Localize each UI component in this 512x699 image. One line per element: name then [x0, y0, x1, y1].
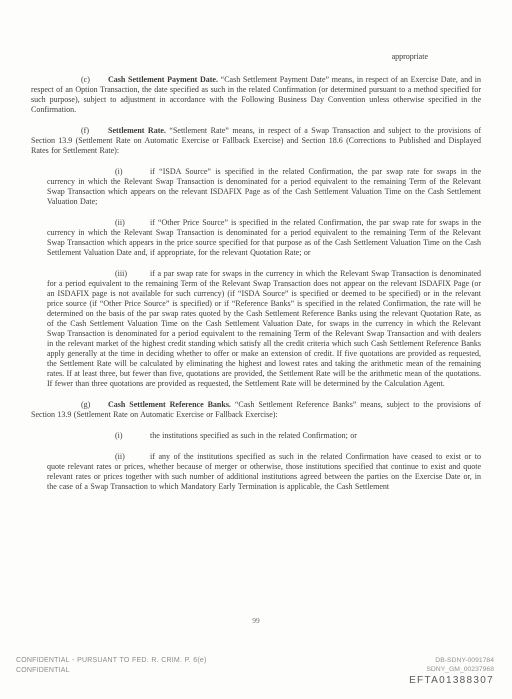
clause-g-i-text: the institutions specified as such in th… [150, 431, 357, 440]
footer-bates-block: DB-SDNY-0091784 SDNY_GM_00237968 EFTA013… [409, 656, 494, 686]
footer-confidential-line-1: CONFIDENTIAL - PURSUANT TO FED. R. CRIM.… [16, 656, 207, 666]
clause-g-i-label: (i) [115, 431, 150, 441]
clause-g-i: (i)the institutions specified as such in… [47, 431, 481, 441]
clause-f-title: Settlement Rate. [108, 126, 166, 135]
page-number: 99 [0, 616, 512, 626]
clause-g-title: Cash Settlement Reference Banks. [108, 400, 231, 409]
clause-f-iii: (iii)if a par swap rate for swaps in the… [47, 269, 481, 389]
clause-f: (f)Settlement Rate. “Settlement Rate” me… [31, 126, 481, 156]
clause-f-ii: (ii)if “Other Price Source” is specified… [47, 218, 481, 258]
clause-g-label: (g) [81, 400, 108, 410]
clause-g: (g)Cash Settlement Reference Banks. “Cas… [31, 400, 481, 420]
clause-c: (c)Cash Settlement Payment Date. “Cash S… [31, 75, 481, 115]
bates-stamp: EFTA01388307 [409, 675, 494, 686]
clause-f-iii-label: (iii) [115, 269, 150, 279]
bates-number-1: DB-SDNY-0091784 [409, 656, 494, 665]
clause-g-ii-label: (ii) [115, 452, 150, 462]
footer-confidential-line-2: CONFIDENTIAL [16, 666, 207, 676]
clause-f-ii-text: if “Other Price Source” is specified in … [47, 218, 481, 257]
clause-g-ii-text: if any of the institutions specified as … [47, 452, 481, 491]
document-page: appropriate (c)Cash Settlement Payment D… [0, 0, 512, 699]
clause-f-i: (i)if “ISDA Source” is specified in the … [47, 167, 481, 207]
clause-f-i-text: if “ISDA Source” is specified in the rel… [47, 167, 481, 206]
clause-f-i-label: (i) [115, 167, 150, 177]
clause-c-label: (c) [81, 75, 108, 85]
bates-number-2: SDNY_GM_00237968 [409, 665, 494, 674]
clause-c-title: Cash Settlement Payment Date. [108, 75, 218, 84]
page-top-fragment: appropriate [31, 52, 481, 62]
clause-f-label: (f) [81, 126, 108, 136]
clause-g-ii: (ii)if any of the institutions specified… [47, 452, 481, 492]
clause-f-ii-label: (ii) [115, 218, 150, 228]
footer-confidential-block: CONFIDENTIAL - PURSUANT TO FED. R. CRIM.… [16, 656, 207, 675]
clause-f-iii-text: if a par swap rate for swaps in the curr… [47, 269, 481, 388]
